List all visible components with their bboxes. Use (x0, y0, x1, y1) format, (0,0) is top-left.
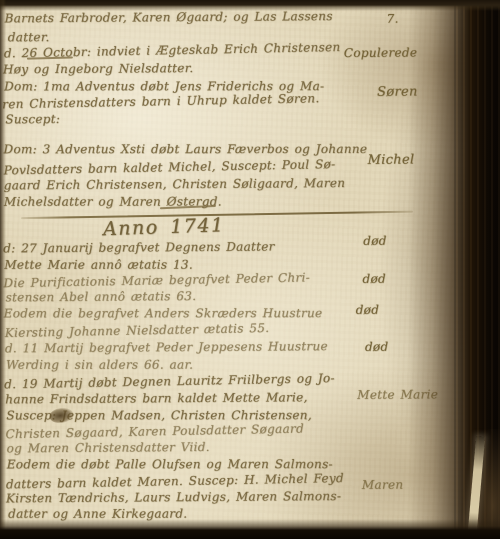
margin-note: død (363, 234, 387, 248)
register-line: ren Christensdatters barn i Uhrup kaldet… (2, 91, 320, 111)
register-line: datters barn kaldet Maren. Suscep: H. Mi… (6, 471, 344, 491)
register-line: Kiersting Johanne Nielsdatter ætatis 55. (5, 321, 270, 340)
register-line: datter. (8, 30, 50, 44)
register-line: Die Purificationis Mariæ begrafvet Peder… (3, 270, 310, 290)
register-line: Werding i sin alders 66. aar. (6, 358, 193, 372)
register-line: Eodem die begrafvet Anders Skræders Huus… (4, 306, 323, 320)
register-line: Suscept: (5, 112, 60, 126)
year-heading: Anno 1741 (103, 214, 225, 240)
register-line: Povlsdatters barn kaldet Michel, Suscept… (4, 157, 336, 177)
register-page-photo: Barnets Farbroder, Karen Øgaard; og Las … (0, 0, 500, 539)
register-line: Barnets Farbroder, Karen Øgaard; og Las … (5, 9, 333, 25)
margin-note: 7. (387, 12, 399, 26)
register-line: og Maren Christensdatter Viid. (7, 440, 210, 455)
margin-note: Maren (362, 478, 404, 492)
margin-note: død (362, 272, 386, 286)
photo-edge-top (0, 0, 500, 11)
register-line: d. 19 Martij døbt Degnen Lauritz Friilbe… (4, 371, 335, 391)
register-line: d: 27 Januarij begrafvet Degnens Daatter (3, 239, 275, 255)
register-line: Eodem die døbt Palle Olufsen og Maren Sa… (7, 457, 333, 471)
margin-note: Copulerede (344, 45, 417, 60)
register-line: Mette Marie annô ætatis 13. (4, 258, 193, 272)
register-line: gaard Erich Christensen, Christen Søliga… (4, 176, 346, 192)
register-line: stensen Abel annô ætatis 63. (6, 289, 197, 304)
photo-edge-bottom (0, 519, 500, 539)
photo-edge-left (0, 0, 6, 539)
register-line: d. 11 Martij begrafvet Peder Jeppesens H… (5, 339, 328, 355)
margin-note: død (356, 303, 380, 317)
register-line: Christen Søgaard, Karen Poulsdatter Søga… (5, 421, 304, 441)
register-line: Høy og Ingeborg Nielsdatter. (3, 61, 194, 76)
register-line: hanne Frindsdatters barn kaldet Mette Ma… (5, 390, 307, 406)
margin-note: død (365, 340, 389, 354)
register-line: Kirsten Tændrichs, Laurs Ludvigs, Maren … (6, 489, 341, 505)
register-line: Dom: 3 Adventus Xsti døbt Laurs Fæverbos… (4, 142, 368, 156)
